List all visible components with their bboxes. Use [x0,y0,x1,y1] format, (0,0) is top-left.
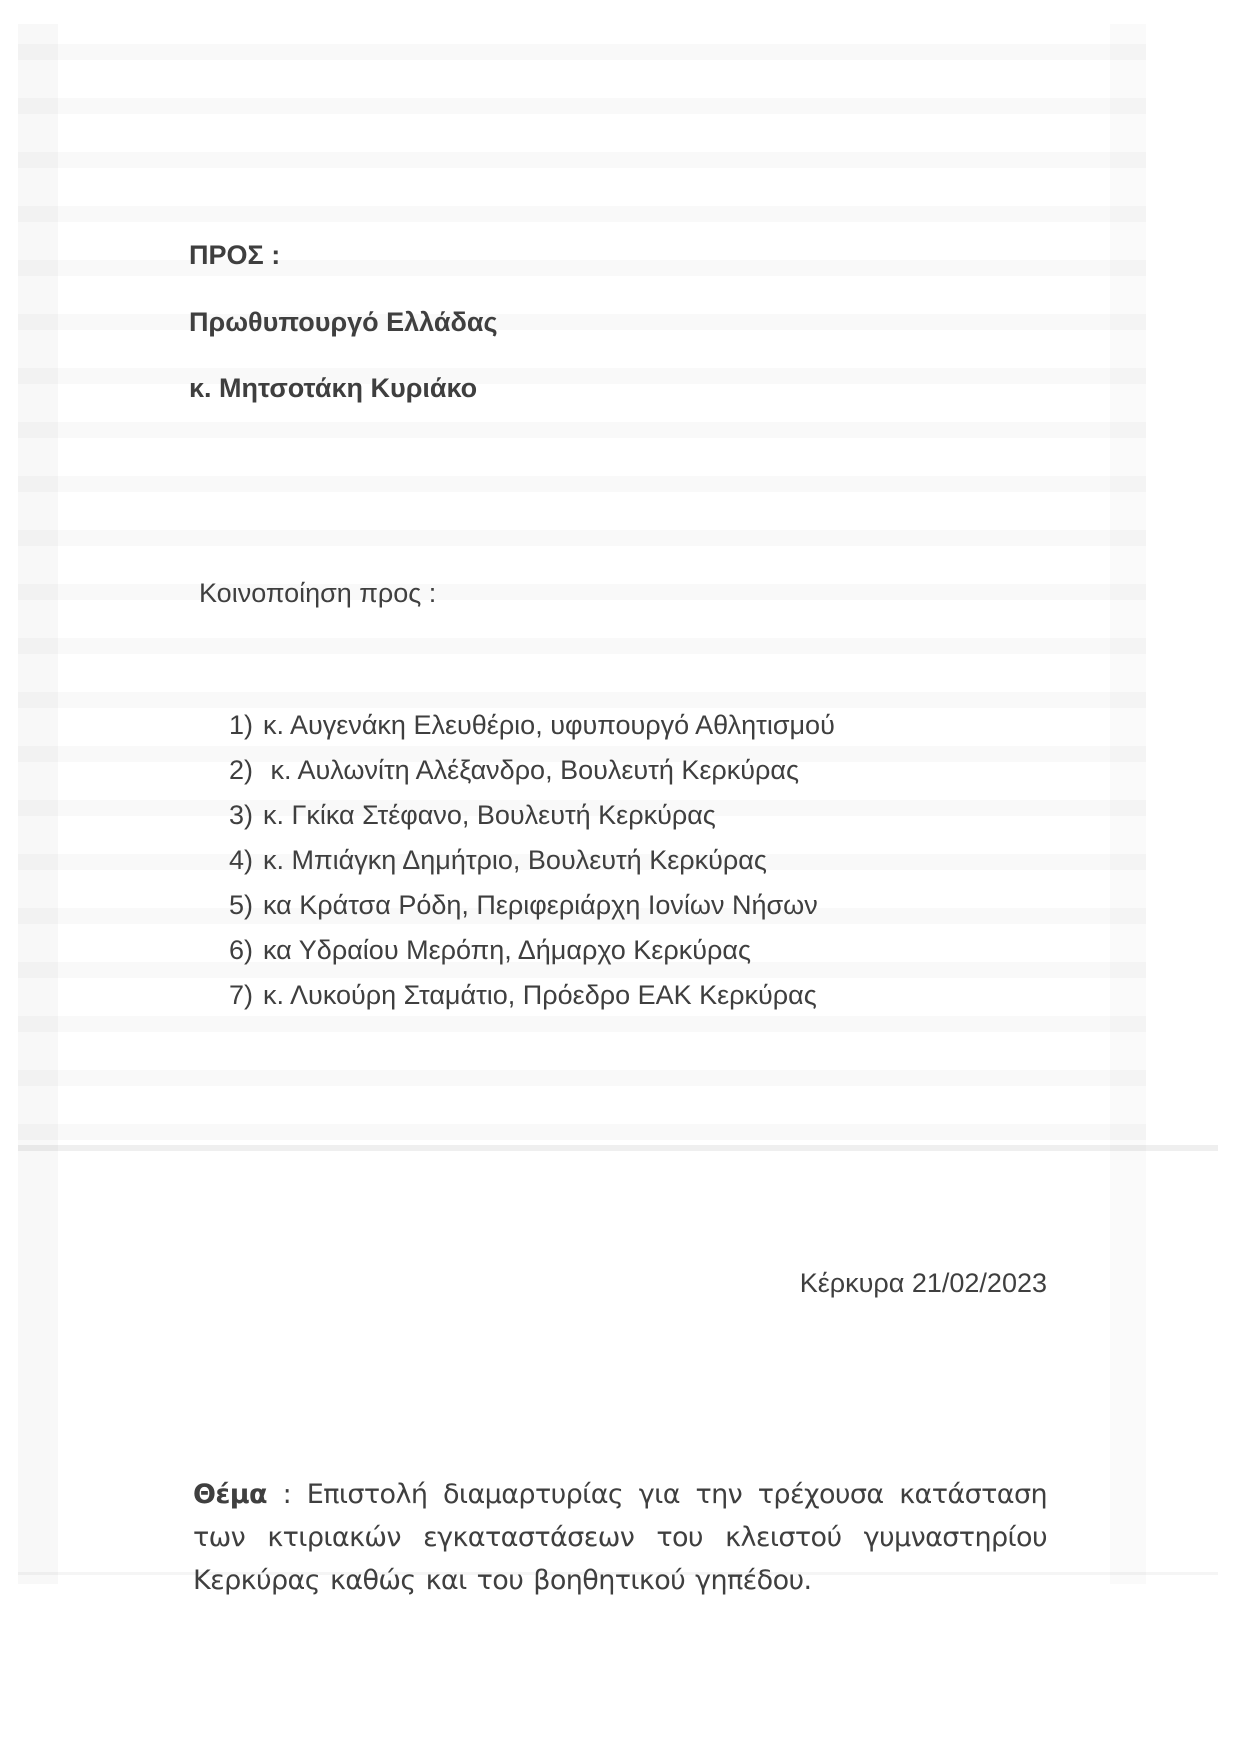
scan-edge-right [1110,24,1146,1584]
cc-label: Κοινοποίηση προς : [199,578,436,609]
item-number: 1) [229,703,263,748]
item-number: 6) [229,928,263,973]
item-number: 3) [229,793,263,838]
recipient-text: κα Υδραίου Μερόπη, Δήμαρχο Κερκύρας [263,935,751,965]
recipients-list: 1)κ. Αυγενάκη Ελευθέριο, υφυπουργό Αθλητ… [229,703,835,1018]
subject-text: : Επιστολή διαμαρτυρίας για την τρέχουσα… [193,1479,1047,1596]
item-number: 7) [229,973,263,1018]
list-item: 4)κ. Μπιάγκη Δημήτριο, Βουλευτή Κερκύρας [229,838,835,883]
subject-paragraph: Θέμα : Επιστολή διαμαρτυρίας για την τρέ… [193,1473,1047,1602]
list-item: 2) κ. Αυλωνίτη Αλέξανδρο, Βουλευτή Κερκύ… [229,748,835,793]
recipient-text: κ. Αυλωνίτη Αλέξανδρο, Βουλευτή Κερκύρας [263,755,799,785]
addressee-title: Πρωθυπουργό Ελλάδας [189,307,497,338]
list-item: 5)κα Κράτσα Ρόδη, Περιφεριάρχη Ιονίων Νή… [229,883,835,928]
item-number: 4) [229,838,263,883]
addressee-label: ΠΡΟΣ : [189,240,280,271]
recipient-text: κ. Γκίκα Στέφανο, Βουλευτή Κερκύρας [263,800,716,830]
place-date: Κέρκυρα 21/02/2023 [800,1268,1047,1299]
recipient-text: κα Κράτσα Ρόδη, Περιφεριάρχη Ιονίων Νήσω… [263,890,818,920]
addressee-name: κ. Μητσοτάκη Κυριάκο [189,373,477,404]
list-item: 6)κα Υδραίου Μερόπη, Δήμαρχο Κερκύρας [229,928,835,973]
recipient-text: κ. Μπιάγκη Δημήτριο, Βουλευτή Κερκύρας [263,845,767,875]
list-item: 1)κ. Αυγενάκη Ελευθέριο, υφυπουργό Αθλητ… [229,703,835,748]
recipient-text: κ. Λυκούρη Σταμάτιο, Πρόεδρο ΕΑΚ Κερκύρα… [263,980,817,1010]
item-number: 5) [229,883,263,928]
list-item: 3)κ. Γκίκα Στέφανο, Βουλευτή Κερκύρας [229,793,835,838]
scan-fold-line [18,1145,1218,1151]
subject-label: Θέμα [193,1479,267,1510]
list-item: 7)κ. Λυκούρη Σταμάτιο, Πρόεδρο ΕΑΚ Κερκύ… [229,973,835,1018]
scan-edge-left [18,24,58,1584]
item-number: 2) [229,748,263,793]
recipient-text: κ. Αυγενάκη Ελευθέριο, υφυπουργό Αθλητισ… [263,710,835,740]
